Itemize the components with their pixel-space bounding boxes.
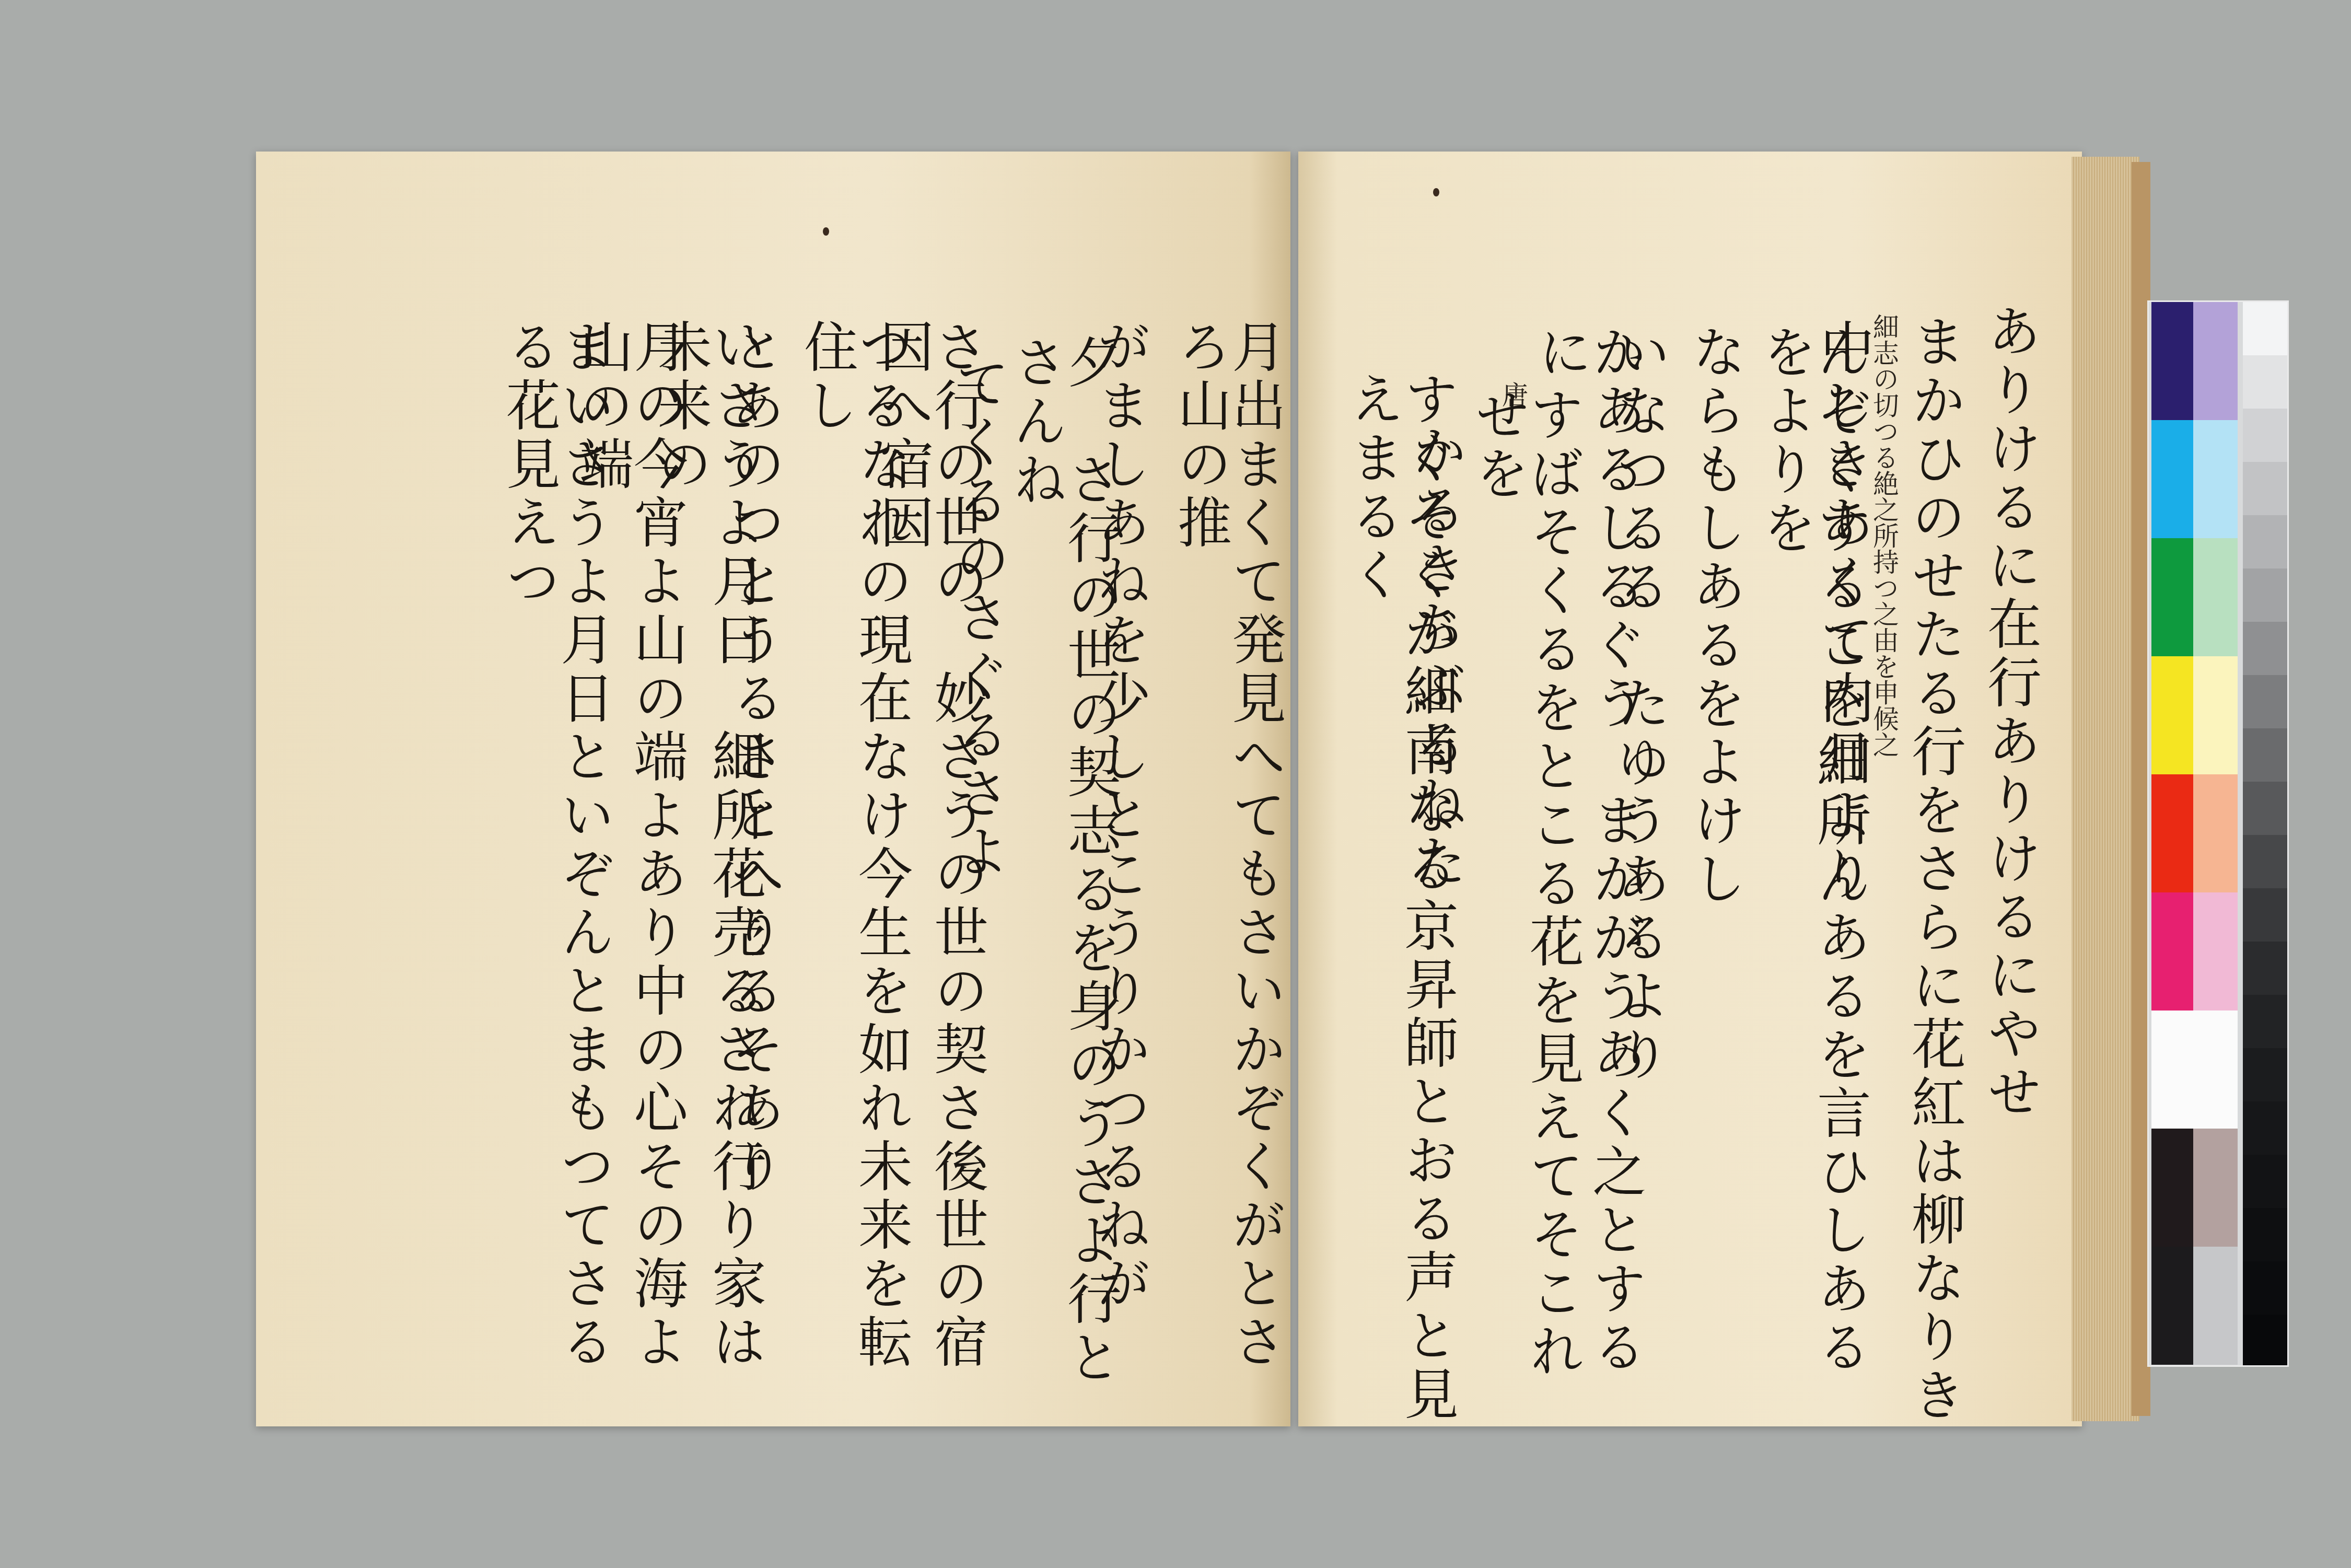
patch-light-cyan bbox=[2193, 420, 2238, 538]
patch-magenta bbox=[2151, 892, 2193, 1011]
left-column-3: 夕 さ行の世の契志るを身のうさよ行とさんね bbox=[1008, 334, 1117, 1426]
right-page: ありけるに在行ありけるにやせ まかひのせたる行をさらに花紅は柳なりき 細志の切つ… bbox=[1298, 152, 2082, 1426]
patch-black-2 bbox=[2151, 1247, 2193, 1365]
gray-step-11 bbox=[2243, 835, 2287, 888]
left-column-10: まいさうよ月日といぞんとまもつてさるる花見えつ bbox=[502, 319, 610, 1426]
patch-violet bbox=[2151, 302, 2193, 420]
gray-step-16 bbox=[2243, 1101, 2287, 1155]
gray-step-14 bbox=[2243, 995, 2287, 1048]
gray-step-18 bbox=[2243, 1208, 2287, 1261]
gray-step-20 bbox=[2243, 1315, 2287, 1365]
patch-light-green bbox=[2193, 538, 2238, 656]
right-column-1: ありけるに在行ありけるにやせ bbox=[1983, 303, 2037, 1122]
patch-cyan bbox=[2151, 420, 2193, 538]
left-column-1: 月出まくて発見へてもさいかぞくがとさろ山の推 bbox=[1173, 319, 1282, 1426]
gray-step-2 bbox=[2243, 355, 2287, 409]
gray-step-4 bbox=[2243, 462, 2287, 515]
right-column-8: すばそくるをとこる花を見えてそこれせを bbox=[1471, 387, 1579, 1426]
gray-step-15 bbox=[2243, 1048, 2287, 1101]
patch-mauve-gray bbox=[2193, 1129, 2238, 1247]
color-calibration-chart bbox=[2147, 300, 2289, 1367]
gray-step-9 bbox=[2243, 728, 2287, 782]
open-book: 月出まくて発見へてもさいかぞくがとさろ山の推 がましあねを少しとこうりかつるねが… bbox=[246, 141, 1907, 1432]
patch-light-yellow bbox=[2193, 656, 2238, 774]
gray-step-6 bbox=[2243, 568, 2287, 622]
gray-step-19 bbox=[2243, 1261, 2287, 1315]
ink-spot bbox=[823, 227, 829, 236]
gray-step-5 bbox=[2243, 515, 2287, 568]
gray-step-1 bbox=[2243, 302, 2287, 355]
right-column-2: まかひのせたる行をさらに花紅は柳なりき bbox=[1907, 313, 1961, 1425]
gray-step-10 bbox=[2243, 782, 2287, 835]
left-page: 月出まくて発見へてもさいかぞくがとさろ山の推 がましあねを少しとこうりかつるねが… bbox=[256, 152, 1290, 1426]
patch-light-gray bbox=[2193, 1247, 2238, 1365]
right-column-10: すぐそくが細南なる京昇師とおる声と見えまるく bbox=[1345, 371, 1454, 1426]
gray-step-13 bbox=[2243, 942, 2287, 995]
patch-red bbox=[2151, 774, 2193, 892]
ink-spot bbox=[1433, 188, 1439, 196]
patch-white bbox=[2151, 1011, 2238, 1129]
gray-step-8 bbox=[2243, 675, 2287, 728]
patch-green bbox=[2151, 538, 2193, 656]
gray-step-3 bbox=[2243, 409, 2287, 462]
page-edges bbox=[2071, 157, 2139, 1421]
left-column-6: つるなれの現在なけ今生を如れ未来を転住し bbox=[799, 319, 908, 1426]
patch-pink bbox=[2193, 892, 2238, 1011]
gray-step-7 bbox=[2243, 622, 2287, 675]
gray-step-12 bbox=[2243, 888, 2287, 942]
right-column-4: んぞくするこを細所んあるを言ひしあるをよりを bbox=[1758, 324, 1867, 1426]
patch-peach bbox=[2193, 774, 2238, 892]
patch-lavender bbox=[2193, 302, 2238, 420]
gray-step-17 bbox=[2243, 1155, 2287, 1208]
right-column-5: ならもしあるをよけし bbox=[1687, 324, 1742, 909]
patch-yellow bbox=[2151, 656, 2193, 774]
patch-black bbox=[2151, 1129, 2193, 1247]
